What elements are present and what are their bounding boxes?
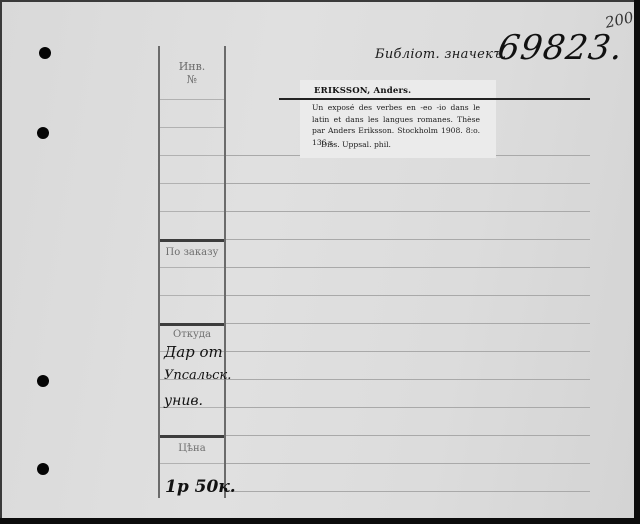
ruled-line (226, 351, 590, 352)
library-mark-number: 69823. (495, 28, 626, 68)
source-handwritten-line-1: Дар от (164, 343, 223, 361)
price-handwritten: 1р 50к. (165, 477, 236, 497)
corner-number: 200 (603, 8, 635, 32)
ruled-line (226, 267, 590, 268)
price-label: Цѣна (160, 443, 224, 454)
by-order-label: По заказу (160, 247, 224, 258)
section-divider (160, 435, 224, 438)
punch-hole (37, 127, 49, 139)
ruled-line (226, 435, 590, 436)
library-mark-label: Библіот. значекъ. (375, 47, 507, 62)
column-left-border (158, 46, 160, 498)
section-divider (160, 239, 224, 242)
left-rule (160, 155, 224, 156)
ruled-line (226, 239, 590, 240)
left-rule (160, 211, 224, 212)
left-rule (160, 295, 224, 296)
source-handwritten-line-2: Упсальск. (164, 368, 231, 383)
slip-note: Diss. Uppsal. phil. (321, 140, 391, 149)
left-rule (160, 99, 224, 100)
ruled-line (226, 379, 590, 380)
column-right-border (224, 46, 226, 498)
inventory-label: Инв. (160, 60, 224, 73)
left-rule (160, 267, 224, 268)
section-divider (160, 323, 224, 326)
punch-hole (39, 47, 51, 59)
source-handwritten-line-3: унив. (164, 393, 203, 409)
ruled-line (226, 491, 590, 492)
left-rule (160, 463, 224, 464)
ruled-line (226, 407, 590, 408)
punch-hole (37, 375, 49, 387)
ruled-line (226, 211, 590, 212)
slip-author: ERIKSSON, Anders. (314, 86, 411, 96)
left-rule (160, 183, 224, 184)
source-label: Откуда (160, 329, 224, 340)
ruled-line (226, 295, 590, 296)
catalog-card: Библіот. значекъ. 69823. 200 Инв. № По з… (0, 0, 634, 518)
left-rule (160, 127, 224, 128)
ruled-line (226, 183, 590, 184)
punch-hole (37, 463, 49, 475)
ruled-line (226, 323, 590, 324)
inventory-number-sign: № (160, 73, 224, 86)
slip-rule (279, 98, 590, 100)
ruled-line (226, 463, 590, 464)
